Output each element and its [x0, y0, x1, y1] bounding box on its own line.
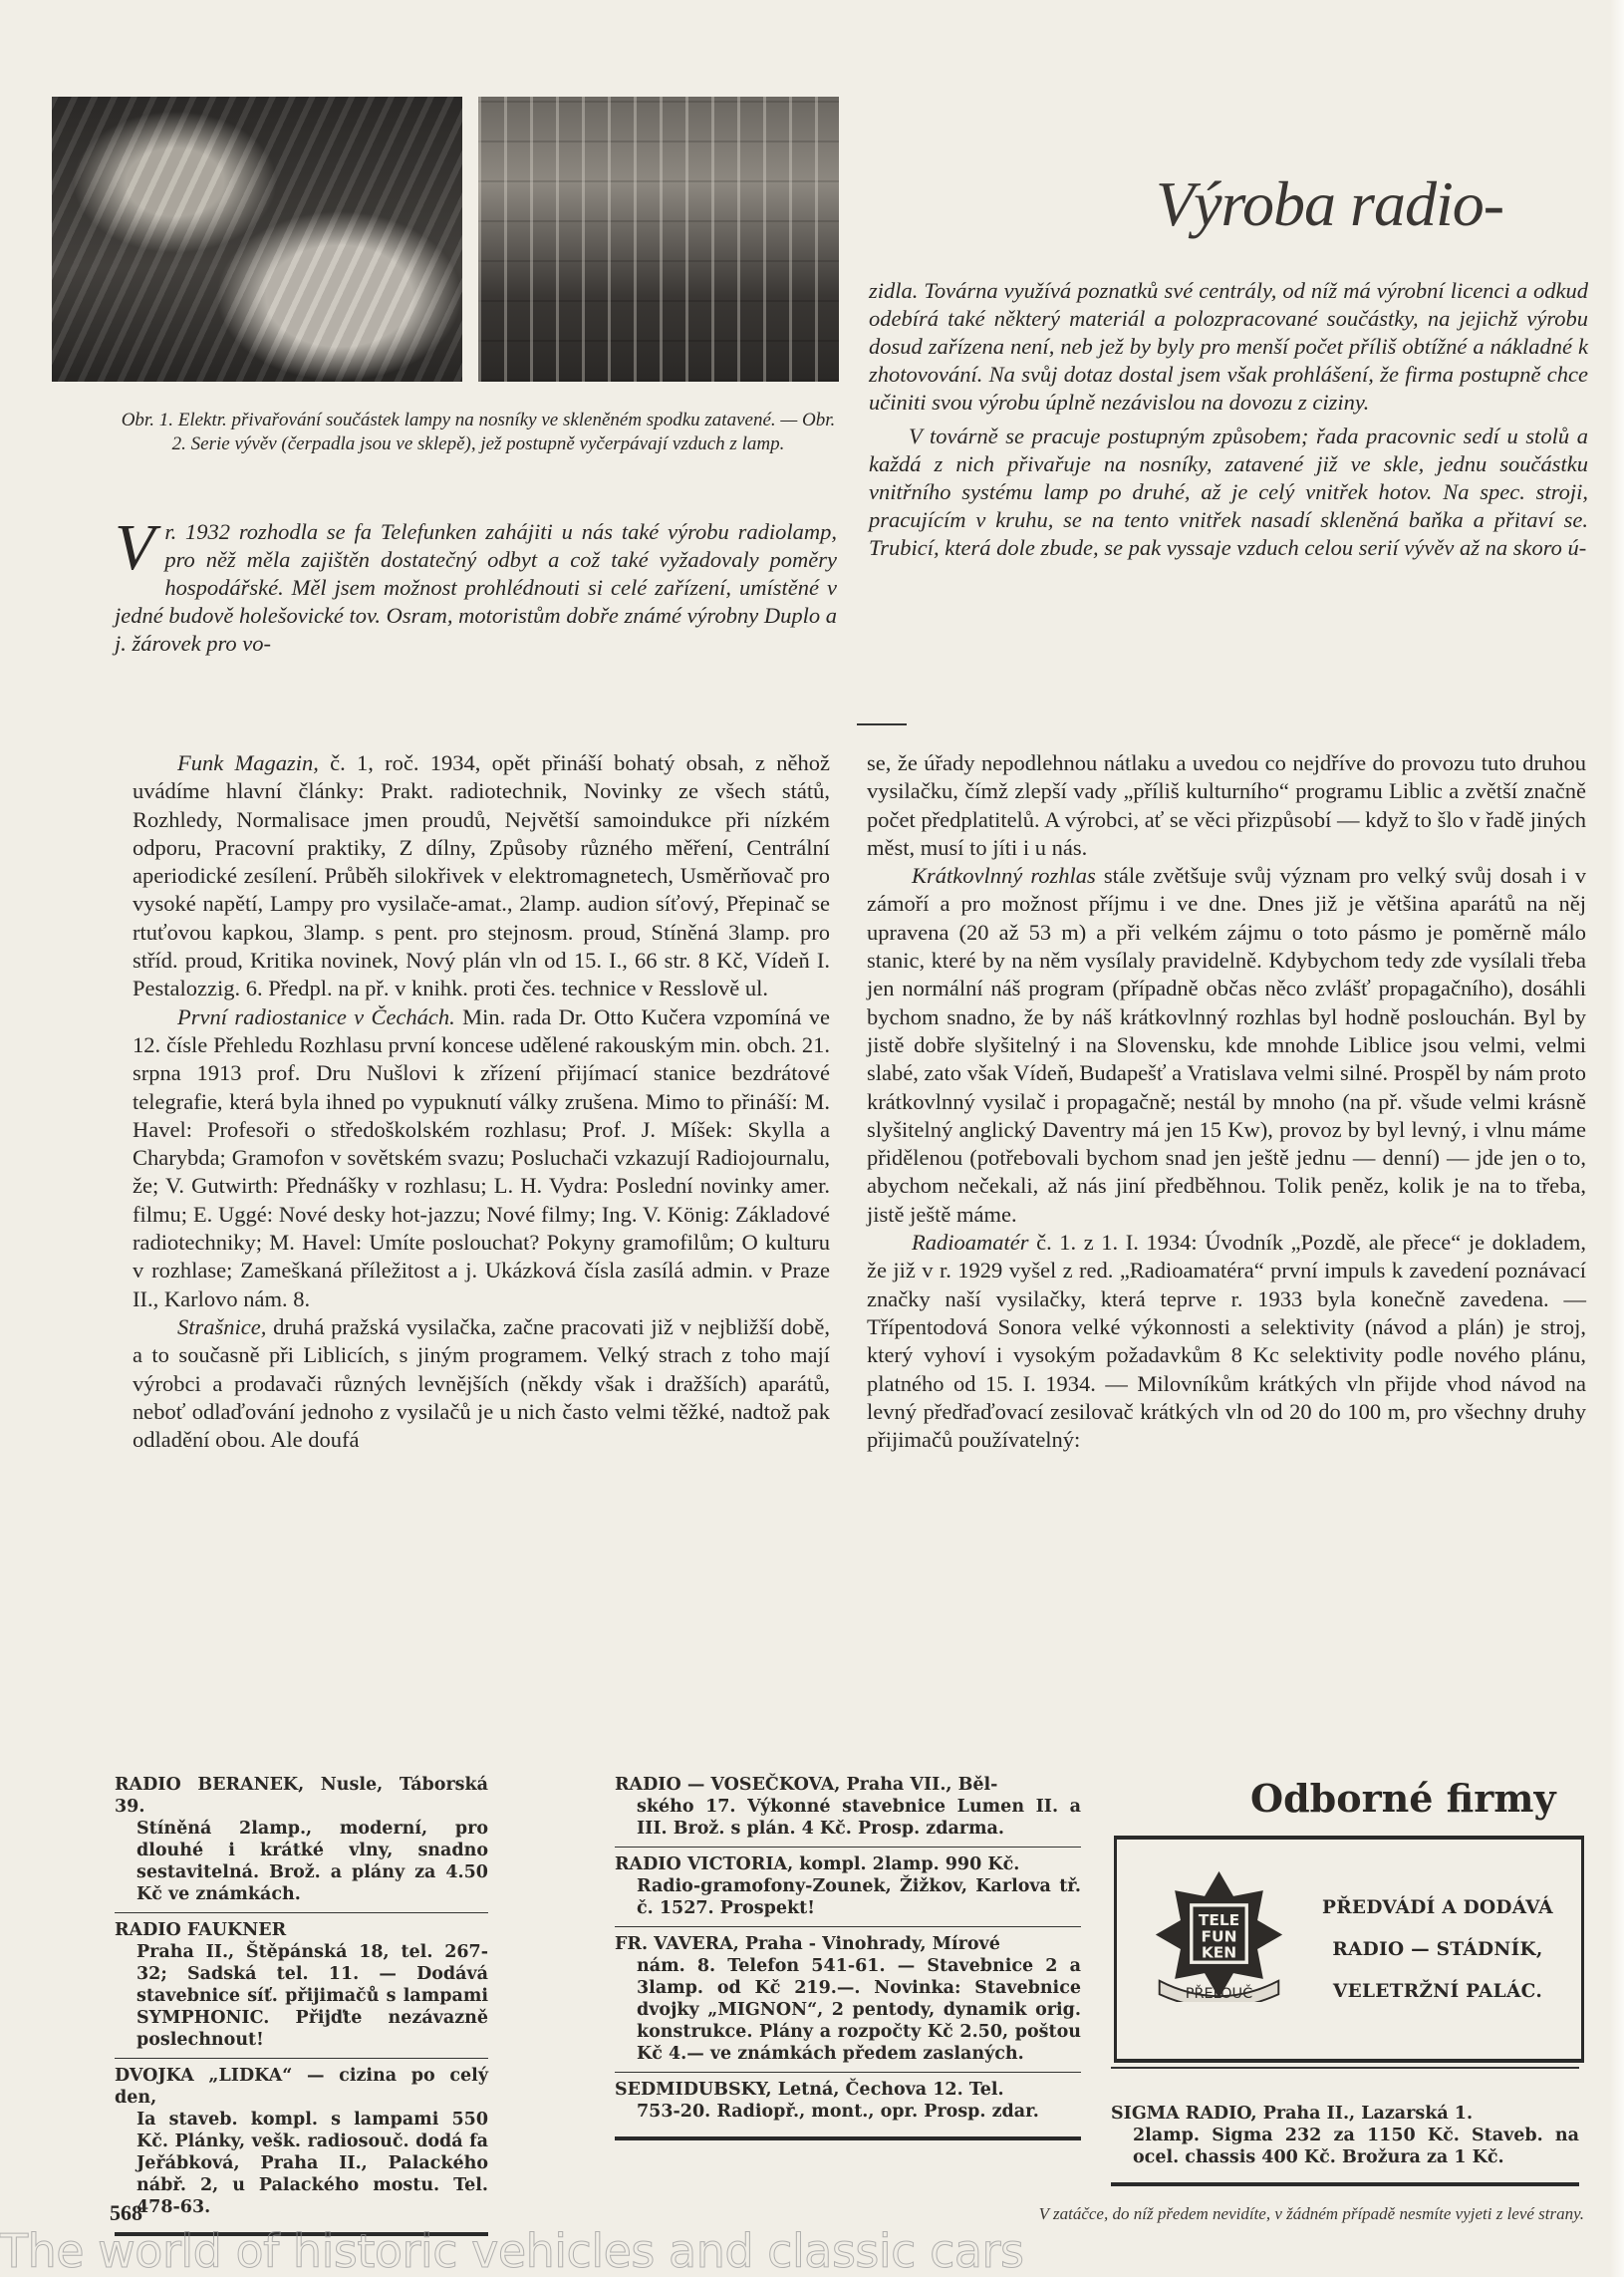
- article-title: Výroba radio-: [1156, 169, 1503, 239]
- ad-radio-beranek: RADIO BERANEK, Nusle, Táborská 39. Stíně…: [115, 1774, 488, 1905]
- ad-dvojka-lidka: DVOJKA „LIDKA“ — cizina po celý den, Ia …: [115, 2065, 488, 2218]
- divider: [615, 1847, 1081, 1848]
- divider: [115, 1912, 488, 1913]
- divider: [1111, 2182, 1579, 2186]
- ad-telefunken-stadnik: TELE FUN KEN PŘELOUČ PŘEDVÁDÍ A DODÁVÁ R…: [1114, 1836, 1584, 2063]
- article-intro: V r. 1932 rozhodla se fa Telefunken zahá…: [115, 518, 837, 658]
- article-paragraph: zidla. Továrna využívá poznatků své cent…: [869, 277, 1588, 417]
- telefunken-star-logo-icon: TELE FUN KEN PŘELOUČ: [1152, 1867, 1286, 2002]
- svg-text:FUN: FUN: [1202, 1927, 1237, 1945]
- news-item: První radiostanice v Čechách. Min. rada …: [133, 1003, 830, 1313]
- ad-radio-faukner: RADIO FAUKNER Praha II., Štěpánská 18, t…: [115, 1919, 488, 2051]
- news-item: Funk Magazin, č. 1, roč. 1934, opět přin…: [133, 749, 830, 1003]
- svg-text:TELE: TELE: [1199, 1911, 1239, 1929]
- ads-column-1: RADIO BERANEK, Nusle, Táborská 39. Stíně…: [115, 1774, 488, 2242]
- watermark: The world of historic vehicles and class…: [0, 2224, 1624, 2277]
- intro-text: r. 1932 rozhodla se fa Telefunken zaháji…: [115, 519, 837, 656]
- ad-radio-victoria: RADIO VICTORIA, kompl. 2lamp. 990 Kč. Ra…: [615, 1853, 1081, 1919]
- news-item: Strašnice, druhá pražská vysilačka, začn…: [133, 1313, 830, 1454]
- ad-sedmidubsky: SEDMIDUBSKY, Letná, Čechova 12. Tel. 753…: [615, 2079, 1081, 2123]
- divider: [857, 723, 907, 725]
- divider: [615, 2072, 1081, 2073]
- news-lead: Krátkovlnný rozhlas: [912, 863, 1096, 888]
- article-paragraph: V továrně se pracuje postupným způsobem;…: [869, 423, 1588, 562]
- ads-column-2: RADIO — VOSEČKOVA, Praha VII., Běl- skéh…: [615, 1774, 1081, 2146]
- news-lead: Funk Magazin,: [177, 750, 319, 775]
- ad-radio-voseckova: RADIO — VOSEČKOVA, Praha VII., Běl- skéh…: [615, 1774, 1081, 1840]
- news-item: Radioamatér č. 1. z 1. I. 1934: Úvodník …: [867, 1229, 1586, 1454]
- news-lead: Strašnice,: [177, 1314, 266, 1339]
- news-item: Krátkovlnný rozhlas stále zvětšuje svůj …: [867, 862, 1586, 1229]
- ad-sigma-radio: SIGMA RADIO, Praha II., Lazarská 1. 2lam…: [1111, 2103, 1579, 2168]
- photo-vacuum-pumps: [478, 97, 839, 382]
- news-item: se, že úřady nepodlehnou nátlaku a uvedo…: [867, 749, 1586, 862]
- section-title: Odborné firmy: [1250, 1776, 1556, 1821]
- photo-lamp-welding: [52, 97, 462, 382]
- stadnik-text: PŘEDVÁDÍ A DODÁVÁ RADIO — STÁDNÍK, VELET…: [1302, 1887, 1573, 2013]
- figure-caption: Obr. 1. Elektr. přivařování součástek la…: [115, 409, 842, 456]
- drop-cap: V: [115, 520, 154, 576]
- news-column-right: se, že úřady nepodlehnou nátlaku a uvedo…: [867, 749, 1586, 1454]
- news-lead: Radioamatér: [912, 1230, 1029, 1255]
- article-continuation: zidla. Továrna využívá poznatků své cent…: [869, 277, 1588, 568]
- svg-text:PŘELOUČ: PŘELOUČ: [1186, 1984, 1252, 2002]
- divider: [615, 1926, 1081, 1927]
- news-lead: První radiostanice v Čechách.: [177, 1004, 455, 1029]
- ad-fr-vavera: FR. VAVERA, Praha - Vinohrady, Mírové ná…: [615, 1933, 1081, 2065]
- divider: [115, 2058, 488, 2059]
- ads-column-3: SIGMA RADIO, Praha II., Lazarská 1. 2lam…: [1111, 2103, 1579, 2192]
- svg-text:KEN: KEN: [1202, 1944, 1236, 1962]
- divider: [615, 2136, 1081, 2140]
- divider: [1111, 2067, 1579, 2069]
- page-number: 568: [110, 2200, 142, 2226]
- news-column-left: Funk Magazin, č. 1, roč. 1934, opět přin…: [133, 749, 830, 1454]
- page-edge: [1610, 0, 1624, 2277]
- footer-quote: V zatáčce, do níž předem nevidíte, v žád…: [742, 2204, 1584, 2224]
